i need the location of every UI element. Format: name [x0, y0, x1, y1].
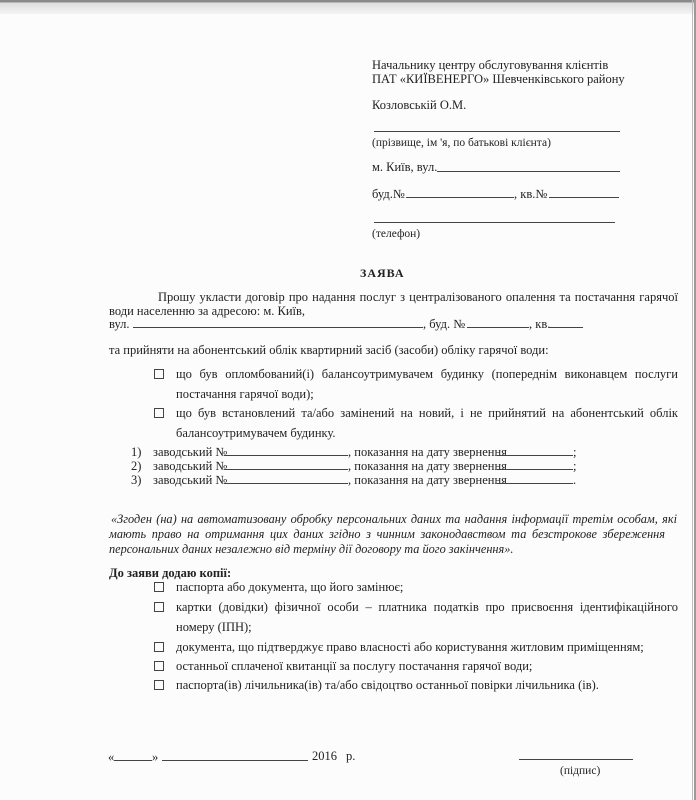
meter-option-1-line1: що був опломбований(і) балансоутримуваче… [176, 367, 678, 381]
meter-2-serial-label: заводський № [153, 459, 227, 473]
date-month-field[interactable] [162, 760, 308, 761]
applicant-house-field[interactable] [406, 197, 514, 198]
attachment-3-text: документа, що підтверджує право власност… [176, 640, 644, 654]
meter-2-number: 2) [131, 459, 141, 473]
meter-1-reading-label: , показання на дату звернення [348, 445, 507, 459]
attachment-checkbox-4[interactable] [154, 659, 164, 673]
meter-2-reading-field[interactable] [497, 469, 573, 470]
meter-option-2-line1: що був встановлений та/або замінений на … [176, 406, 678, 420]
attachments-heading: До заяви додаю копії: [109, 566, 231, 580]
meter-3-serial-field[interactable] [224, 483, 348, 484]
signature-caption: (підпис) [560, 764, 600, 778]
request-line2: води населенню за адресою: м. Київ, [109, 304, 305, 318]
applicant-street-field[interactable] [437, 171, 620, 172]
attachment-checkbox-5[interactable] [154, 678, 164, 692]
addressee-line2: ПАТ «КИЇВЕНЕРГО» Шевченківського району [372, 72, 625, 86]
date-year-suffix: р. [346, 749, 355, 763]
viewer-top-bar [0, 0, 696, 14]
consent-line2: мають право на отримання цих даних згідн… [109, 527, 665, 542]
request-apt-label: , кв. [529, 317, 550, 331]
meter-1-end: ; [573, 445, 576, 459]
meter-1-number: 1) [131, 445, 141, 459]
attachment-checkbox-1[interactable] [154, 580, 164, 594]
page-edge [692, 0, 693, 800]
request-street-field[interactable] [133, 327, 423, 328]
attachment-checkbox-3[interactable] [154, 640, 164, 654]
applicant-apt-label: , кв.№ [514, 187, 547, 201]
applicant-apt-field[interactable] [549, 197, 619, 198]
meter-1-reading-field[interactable] [497, 455, 573, 456]
meter-1-serial-field[interactable] [224, 455, 348, 456]
request-house-label: , буд. № [423, 317, 465, 331]
meter-option-checkbox-1[interactable] [154, 367, 164, 381]
consent-line3: персональних даних незалежно від терміну… [109, 542, 513, 557]
attachment-2-line1: картки (довідки) фізичної особи – платни… [176, 600, 678, 614]
meter-intro: та прийняти на абонентський облік кварти… [109, 343, 549, 357]
attachment-1-text: паспорта або документа, що його замінює; [176, 580, 403, 594]
date-quote-close: » [152, 750, 158, 764]
attachment-checkbox-2[interactable] [154, 600, 164, 614]
addressee-name: Козловській О.М. [372, 98, 466, 112]
attachment-4-text: останньої сплаченої квитанції за послугу… [176, 659, 532, 673]
request-line1: Прошу укласти договір про надання послуг… [158, 290, 678, 304]
meter-option-2-line2: балансоутримувачем будинку. [176, 426, 336, 440]
meter-3-number: 3) [131, 473, 141, 487]
meter-2-serial-field[interactable] [224, 469, 348, 470]
applicant-house-label: буд.№ [372, 187, 405, 201]
applicant-phone-caption: (телефон) [372, 227, 420, 241]
applicant-name-field[interactable] [374, 131, 620, 132]
attachment-5-text: паспорта(ів) лічильника(ів) та/або свідо… [176, 678, 599, 692]
applicant-name-caption: (прізвище, ім 'я, по батькові клієнта) [372, 136, 551, 150]
meter-3-serial-label: заводський № [153, 473, 227, 487]
meter-2-reading-label: , показання на дату звернення [348, 459, 507, 473]
signature-field[interactable] [519, 759, 633, 760]
date-day-field[interactable] [114, 760, 152, 761]
request-street-label: вул. [109, 317, 130, 331]
meter-option-1-line2: постачання гарячої води); [176, 387, 314, 401]
meter-option-checkbox-2[interactable] [154, 406, 164, 420]
meter-3-end: . [573, 473, 576, 487]
request-house-field[interactable] [467, 327, 529, 328]
meter-3-reading-field[interactable] [497, 483, 573, 484]
addressee-line1: Начальнику центру обслуговування клієнті… [372, 58, 608, 72]
request-apt-field[interactable] [549, 327, 583, 328]
applicant-street-label: м. Київ, вул. [372, 160, 437, 174]
document-title: ЗАЯВА [360, 266, 405, 280]
date-year: 2016 [312, 749, 337, 763]
meter-2-end: ; [573, 459, 576, 473]
attachment-2-line2: номеру (ІПН); [176, 620, 252, 634]
meter-3-reading-label: , показання на дату звернення [348, 473, 507, 487]
applicant-phone-field[interactable] [374, 222, 615, 223]
consent-line1: «Згоден (на) на автоматизовану обробку п… [111, 512, 677, 527]
date-quote-open: « [108, 750, 114, 764]
meter-1-serial-label: заводський № [153, 445, 227, 459]
